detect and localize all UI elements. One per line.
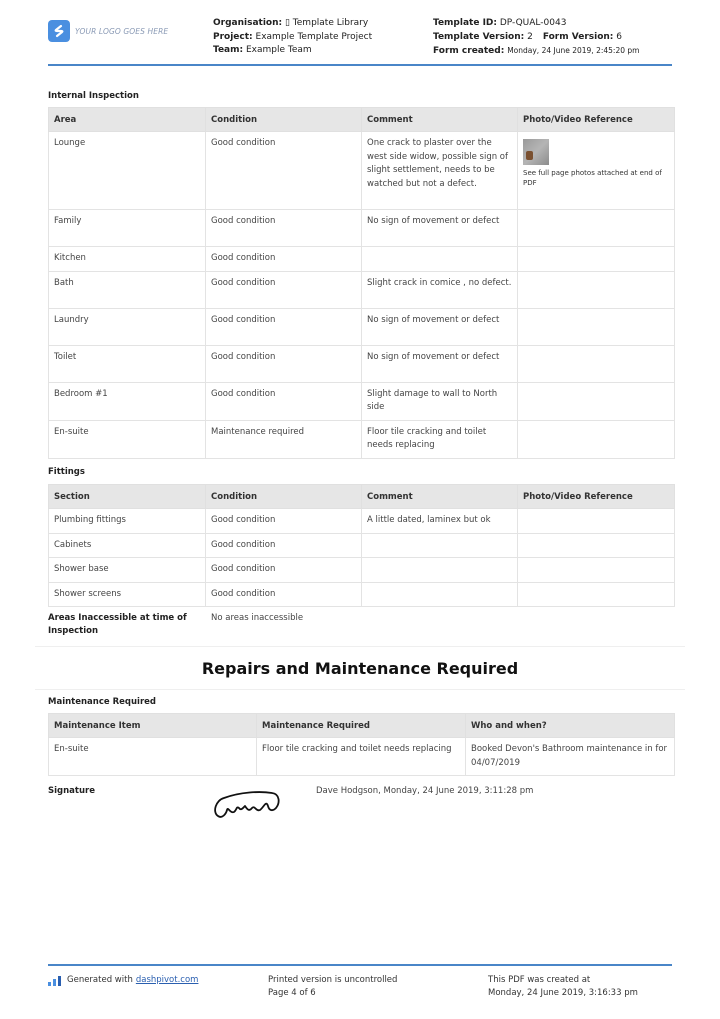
comment-cell: One crack to plaster over the west side … bbox=[362, 132, 518, 210]
area-cell: Laundry bbox=[49, 308, 206, 345]
fittings-title: Fittings bbox=[48, 467, 85, 477]
photo-cell bbox=[518, 382, 675, 420]
template-version-label: Template Version: bbox=[433, 32, 524, 42]
comment-cell bbox=[362, 558, 518, 583]
document-header: YOUR LOGO GOES HERE Organisation: ▯ Temp… bbox=[48, 14, 672, 64]
inaccessible-areas-value: No areas inaccessible bbox=[211, 613, 303, 623]
who-when-cell: Booked Devon's Bathroom maintenance in f… bbox=[466, 738, 675, 776]
page-number: Page 4 of 6 bbox=[268, 987, 397, 1000]
condition-cell: Good condition bbox=[206, 308, 362, 345]
company-logo: YOUR LOGO GOES HERE bbox=[48, 20, 168, 42]
print-info: Printed version is uncontrolled Page 4 o… bbox=[268, 974, 397, 1000]
section-cell: Shower screens bbox=[49, 582, 206, 607]
photo-cell bbox=[518, 582, 675, 607]
form-created-label: Form created: bbox=[433, 46, 504, 56]
comment-cell: Slight crack in comice , no defect. bbox=[362, 271, 518, 308]
section-cell: Cabinets bbox=[49, 533, 206, 558]
table-row: Bedroom #1 Good condition Slight damage … bbox=[49, 382, 675, 420]
photo-cell bbox=[518, 308, 675, 345]
maintenance-required-cell: Floor tile cracking and toilet needs rep… bbox=[257, 738, 466, 776]
table-row: Shower screens Good condition bbox=[49, 582, 675, 607]
photo-cell bbox=[518, 210, 675, 247]
condition-cell: Good condition bbox=[206, 271, 362, 308]
area-cell: Family bbox=[49, 210, 206, 247]
internal-inspection-title: Internal Inspection bbox=[48, 91, 139, 101]
header-meta-left: Organisation: ▯ Template Library Project… bbox=[213, 17, 372, 58]
generated-with: Generated with dashpivot.com bbox=[48, 974, 198, 987]
generated-prefix: Generated with bbox=[67, 974, 133, 987]
table-header-row: Area Condition Comment Photo/Video Refer… bbox=[49, 108, 675, 132]
table-row: Bath Good condition Slight crack in comi… bbox=[49, 271, 675, 308]
area-cell: Bath bbox=[49, 271, 206, 308]
repairs-heading: Repairs and Maintenance Required bbox=[202, 659, 518, 678]
condition-cell: Good condition bbox=[206, 247, 362, 272]
inaccessible-areas-label: Areas Inaccessible at time of Inspection bbox=[48, 612, 188, 638]
organisation-label: Organisation: bbox=[213, 18, 282, 28]
area-cell: Kitchen bbox=[49, 247, 206, 272]
photo-note: See full page photos attached at end of … bbox=[523, 168, 669, 188]
photo-cell bbox=[518, 509, 675, 534]
condition-cell: Good condition bbox=[206, 210, 362, 247]
bar-chart-icon bbox=[48, 976, 62, 986]
table-row: Cabinets Good condition bbox=[49, 533, 675, 558]
photo-cell bbox=[518, 271, 675, 308]
photo-thumbnail[interactable] bbox=[523, 139, 549, 165]
area-cell: Bedroom #1 bbox=[49, 382, 206, 420]
column-header: Maintenance Required bbox=[257, 714, 466, 738]
logo-icon bbox=[48, 20, 70, 42]
column-header: Photo/Video Reference bbox=[518, 108, 675, 132]
maintenance-item-cell: En-suite bbox=[49, 738, 257, 776]
comment-cell: A little dated, laminex but ok bbox=[362, 509, 518, 534]
column-header: Condition bbox=[206, 485, 362, 509]
comment-cell: Floor tile cracking and toilet needs rep… bbox=[362, 420, 518, 458]
column-header: Area bbox=[49, 108, 206, 132]
column-header: Comment bbox=[362, 485, 518, 509]
photo-cell bbox=[518, 345, 675, 382]
column-header: Who and when? bbox=[466, 714, 675, 738]
internal-inspection-table: Area Condition Comment Photo/Video Refer… bbox=[48, 107, 675, 459]
table-row: Shower base Good condition bbox=[49, 558, 675, 583]
area-cell: Lounge bbox=[49, 132, 206, 210]
signed-by: Dave Hodgson, Monday, 24 June 2019, 3:11… bbox=[316, 786, 533, 796]
condition-cell: Good condition bbox=[206, 132, 362, 210]
table-header-row: Section Condition Comment Photo/Video Re… bbox=[49, 485, 675, 509]
form-created-value: Monday, 24 June 2019, 2:45:20 pm bbox=[507, 46, 639, 55]
photo-cell bbox=[518, 558, 675, 583]
photo-cell bbox=[518, 420, 675, 458]
column-header: Condition bbox=[206, 108, 362, 132]
column-header: Photo/Video Reference bbox=[518, 485, 675, 509]
condition-cell: Good condition bbox=[206, 509, 362, 534]
photo-cell: See full page photos attached at end of … bbox=[518, 132, 675, 210]
template-version-value: 2 bbox=[527, 32, 533, 42]
column-header: Section bbox=[49, 485, 206, 509]
fittings-table: Section Condition Comment Photo/Video Re… bbox=[48, 484, 675, 607]
pdf-created-value: Monday, 24 June 2019, 3:16:33 pm bbox=[488, 987, 638, 1000]
table-row: Laundry Good condition No sign of moveme… bbox=[49, 308, 675, 345]
condition-cell: Good condition bbox=[206, 558, 362, 583]
comment-cell: Slight damage to wall to North side bbox=[362, 382, 518, 420]
maintenance-required-title: Maintenance Required bbox=[48, 697, 156, 707]
organisation-value: ▯ Template Library bbox=[285, 18, 368, 28]
column-header: Maintenance Item bbox=[49, 714, 257, 738]
form-version-label: Form Version: bbox=[543, 32, 614, 42]
template-id-label: Template ID: bbox=[433, 18, 497, 28]
comment-cell bbox=[362, 247, 518, 272]
table-row: Family Good condition No sign of movemen… bbox=[49, 210, 675, 247]
signature-label: Signature bbox=[48, 786, 95, 796]
condition-cell: Maintenance required bbox=[206, 420, 362, 458]
pdf-created-info: This PDF was created at Monday, 24 June … bbox=[488, 974, 638, 1000]
project-value: Example Template Project bbox=[256, 32, 373, 42]
dashpivot-link[interactable]: dashpivot.com bbox=[136, 974, 199, 987]
section-cell: Shower base bbox=[49, 558, 206, 583]
comment-cell bbox=[362, 533, 518, 558]
form-version-value: 6 bbox=[616, 32, 622, 42]
comment-cell: No sign of movement or defect bbox=[362, 210, 518, 247]
logo-text: YOUR LOGO GOES HERE bbox=[75, 27, 168, 36]
table-row: Kitchen Good condition bbox=[49, 247, 675, 272]
condition-cell: Good condition bbox=[206, 582, 362, 607]
project-label: Project: bbox=[213, 32, 253, 42]
template-id-value: DP-QUAL-0043 bbox=[500, 18, 567, 28]
photo-cell bbox=[518, 247, 675, 272]
uncontrolled-notice: Printed version is uncontrolled bbox=[268, 974, 397, 987]
table-row: En-suite Floor tile cracking and toilet … bbox=[49, 738, 675, 776]
area-cell: En-suite bbox=[49, 420, 206, 458]
header-divider bbox=[48, 64, 672, 66]
pdf-created-label: This PDF was created at bbox=[488, 974, 638, 987]
footer-divider bbox=[48, 964, 672, 966]
team-label: Team: bbox=[213, 45, 243, 55]
maintenance-table: Maintenance Item Maintenance Required Wh… bbox=[48, 713, 675, 776]
table-row: Lounge Good condition One crack to plast… bbox=[49, 132, 675, 210]
condition-cell: Good condition bbox=[206, 382, 362, 420]
table-row: En-suite Maintenance required Floor tile… bbox=[49, 420, 675, 458]
photo-cell bbox=[518, 533, 675, 558]
table-row: Plumbing fittings Good condition A littl… bbox=[49, 509, 675, 534]
team-value: Example Team bbox=[246, 45, 312, 55]
section-cell: Plumbing fittings bbox=[49, 509, 206, 534]
comment-cell bbox=[362, 582, 518, 607]
signature-image bbox=[210, 786, 294, 822]
header-meta-right: Template ID: DP-QUAL-0043 Template Versi… bbox=[433, 17, 639, 59]
area-cell: Toilet bbox=[49, 345, 206, 382]
condition-cell: Good condition bbox=[206, 533, 362, 558]
column-header: Comment bbox=[362, 108, 518, 132]
table-row: Toilet Good condition No sign of movemen… bbox=[49, 345, 675, 382]
comment-cell: No sign of movement or defect bbox=[362, 308, 518, 345]
comment-cell: No sign of movement or defect bbox=[362, 345, 518, 382]
repairs-section-band: Repairs and Maintenance Required bbox=[35, 646, 685, 690]
condition-cell: Good condition bbox=[206, 345, 362, 382]
table-header-row: Maintenance Item Maintenance Required Wh… bbox=[49, 714, 675, 738]
